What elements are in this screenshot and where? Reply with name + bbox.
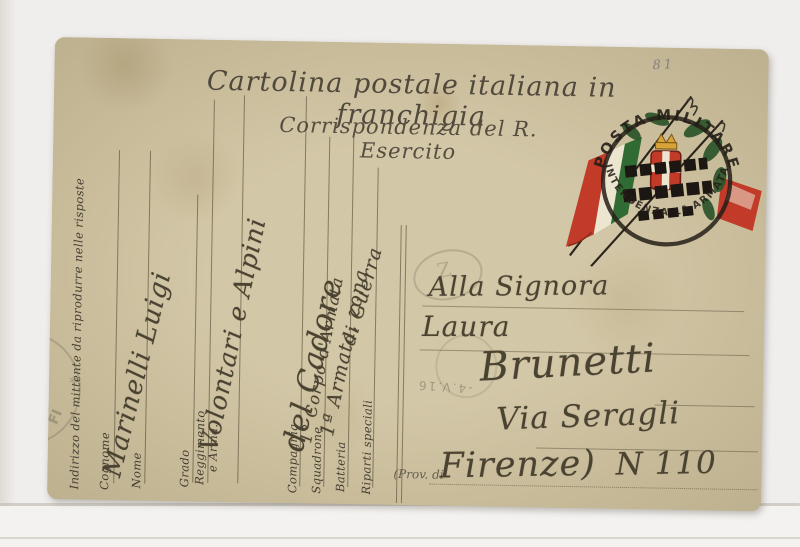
scanned-postcard-page: { "card": { "header_title": "Cartolina p… <box>0 0 800 547</box>
scan-paper-band <box>0 506 800 547</box>
address-line-via: Via Seragli <box>496 395 681 437</box>
date-stamp-mirrored: -4.V.16 <box>417 378 473 396</box>
postcard: Cartolina postale italiana in franchigia… <box>47 37 769 511</box>
pencil-note: 81 <box>652 57 675 73</box>
address-rule-5 <box>429 484 757 491</box>
label-grado: Grado <box>177 437 192 487</box>
separator-line-b <box>401 225 407 503</box>
label-riparti-speciali: Riparti speciali <box>359 399 375 494</box>
handwriting-cognome: Marinelli Luigi <box>97 153 206 480</box>
arrival-stamp-star: * <box>69 373 77 392</box>
scan-edge-shadow <box>0 0 16 547</box>
savoy-crown <box>655 134 676 149</box>
stamp-graphic: POSTA MILITARE INTENDENZA 1ª ARMATA <box>559 88 769 270</box>
address-number: N 110 <box>615 445 717 483</box>
address-line-brunetti: Brunetti <box>478 335 657 390</box>
address-city: Firenze) <box>439 444 596 487</box>
scan-line-bottom <box>0 537 800 539</box>
label-batteria: Batteria <box>333 432 348 492</box>
label-indirizzo: Indirizzo del mittente da riprodurre nel… <box>67 189 86 489</box>
label-provincia: (Prov. di <box>393 467 443 482</box>
